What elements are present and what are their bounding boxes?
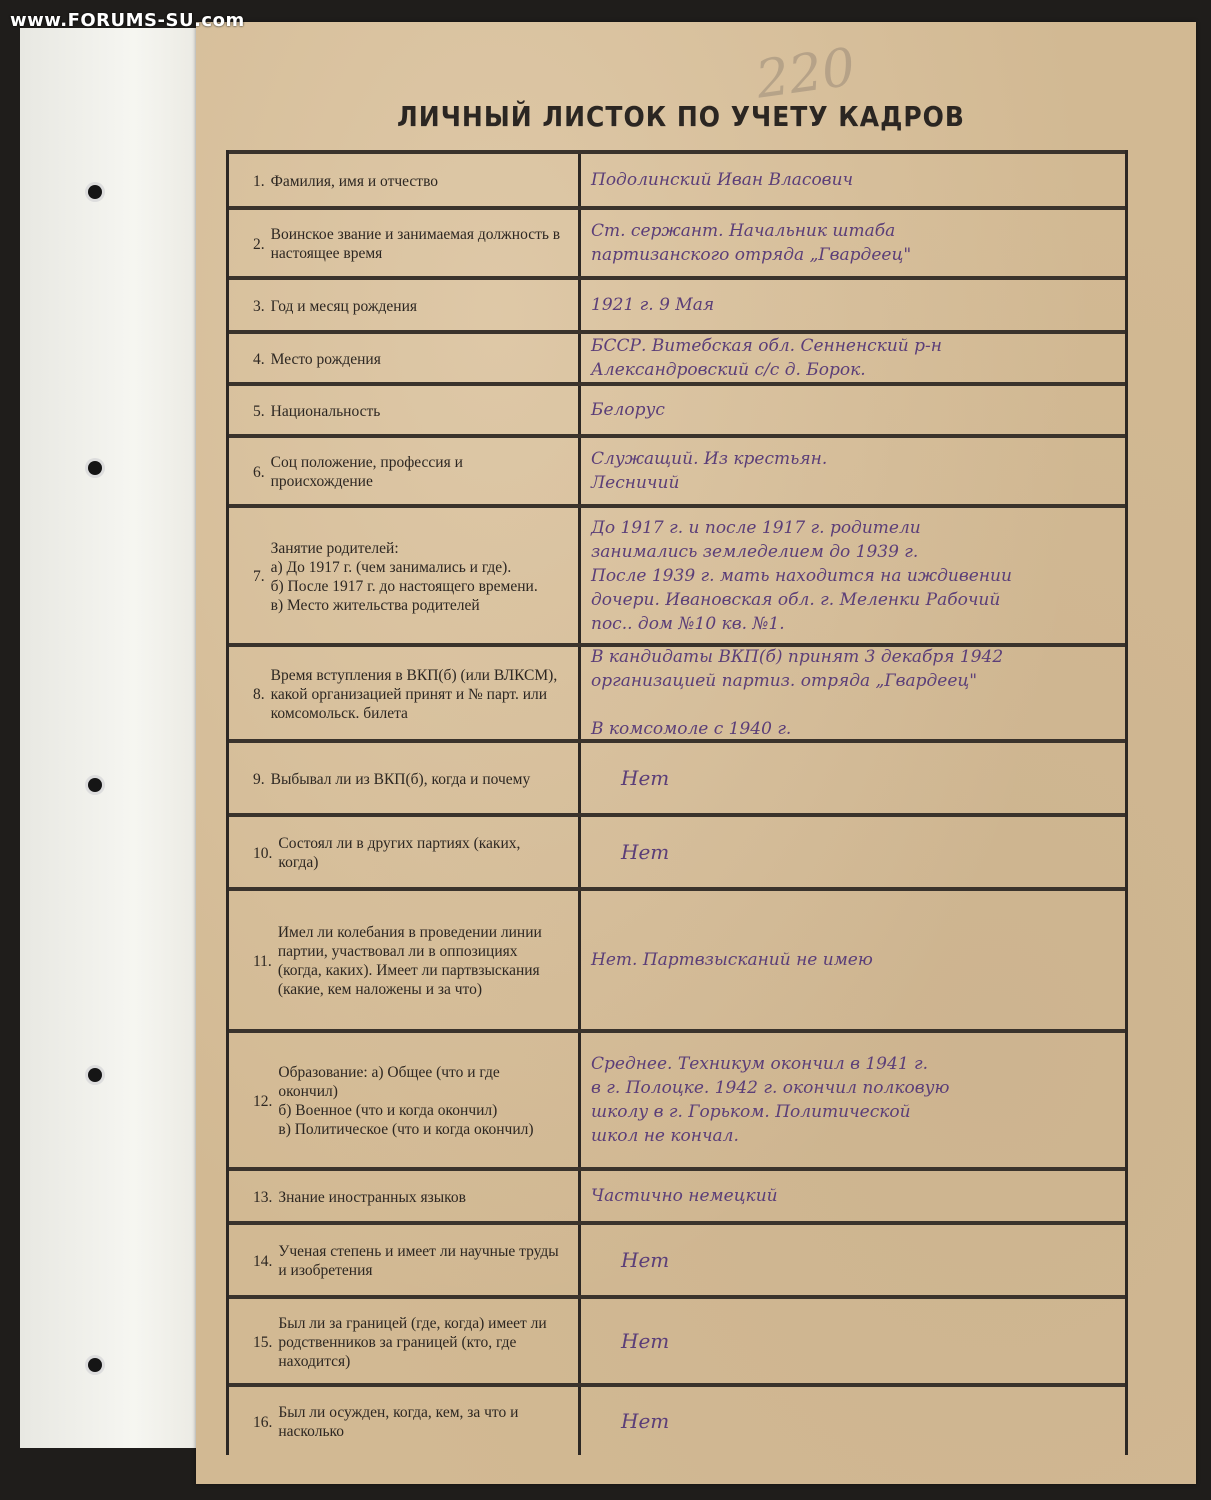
field-value: Белорус (581, 386, 1125, 434)
field-label: Национальность (271, 402, 381, 421)
field-value: Служащий. Из крестьян. Лесничий (581, 438, 1125, 504)
form-row: 12.Образование: а) Общее (что и где окон… (229, 1029, 1125, 1167)
personnel-form-table: 1.Фамилия, имя и отчествоПодолинский Ива… (226, 150, 1128, 1455)
field-label-cell: 3.Год и месяц рождения (229, 280, 581, 330)
field-value: Нет. Партвзысканий не имею (581, 891, 1125, 1029)
watermark: www.FORUMS-SU.com (10, 10, 245, 31)
field-value: До 1917 г. и после 1917 г. родители зани… (581, 508, 1125, 643)
form-row: 3.Год и месяц рождения1921 г. 9 Мая (229, 276, 1125, 330)
form-row: 8.Время вступления в ВКП(б) (или ВЛКСМ),… (229, 643, 1125, 739)
form-row: 11.Имел ли колебания в проведении линии … (229, 887, 1125, 1029)
punch-hole-icon (88, 1358, 102, 1372)
field-value: В кандидаты ВКП(б) принят 3 декабря 1942… (581, 647, 1125, 739)
field-label-cell: 1.Фамилия, имя и отчество (229, 154, 581, 206)
field-label: Был ли осужден, когда, кем, за что и нас… (278, 1403, 562, 1441)
form-row: 15.Был ли за границей (где, когда) имеет… (229, 1295, 1125, 1383)
form-row: 1.Фамилия, имя и отчествоПодолинский Ива… (229, 150, 1125, 206)
field-number: 10. (253, 844, 272, 863)
form-row: 10.Состоял ли в других партиях (каких, к… (229, 813, 1125, 887)
field-number: 3. (253, 297, 265, 316)
field-value: 1921 г. 9 Мая (581, 280, 1125, 330)
field-label: Ученая степень и имеет ли научные труды … (278, 1242, 562, 1280)
punch-hole-icon (88, 778, 102, 792)
field-label-cell: 8.Время вступления в ВКП(б) (или ВЛКСМ),… (229, 647, 581, 739)
form-row: 5.НациональностьБелорус (229, 382, 1125, 434)
form-row: 9.Выбывал ли из ВКП(б), когда и почемуНе… (229, 739, 1125, 813)
form-row: 6.Соц положение, профессия и происхожден… (229, 434, 1125, 504)
form-row: 14.Ученая степень и имеет ли научные тру… (229, 1221, 1125, 1295)
field-label-cell: 10.Состоял ли в других партиях (каких, к… (229, 817, 581, 887)
field-label: Время вступления в ВКП(б) (или ВЛКСМ), к… (271, 666, 562, 723)
field-label-cell: 16.Был ли осужден, когда, кем, за что и … (229, 1387, 581, 1455)
field-label-cell: 5.Национальность (229, 386, 581, 434)
field-value: Нет (581, 1387, 1125, 1455)
field-label: Занятие родителей: а) До 1917 г. (чем за… (271, 539, 538, 615)
field-label: Воинское звание и занимаемая должность в… (271, 225, 562, 263)
field-label: Выбывал ли из ВКП(б), когда и почему (271, 770, 531, 789)
field-value: БССР. Витебская обл. Сенненский р-н Алек… (581, 334, 1125, 382)
field-label-cell: 14.Ученая степень и имеет ли научные тру… (229, 1225, 581, 1295)
punch-hole-icon (88, 1068, 102, 1082)
field-label: Знание иностранных языков (278, 1188, 466, 1207)
form-row: 13.Знание иностранных языковЧастично нем… (229, 1167, 1125, 1221)
field-number: 2. (253, 235, 265, 254)
form-row: 16.Был ли осужден, когда, кем, за что и … (229, 1383, 1125, 1455)
field-label-cell: 7.Занятие родителей: а) До 1917 г. (чем … (229, 508, 581, 643)
field-number: 7. (253, 567, 265, 586)
field-label-cell: 13.Знание иностранных языков (229, 1171, 581, 1221)
field-label-cell: 2.Воинское звание и занимаемая должность… (229, 210, 581, 276)
field-label: Был ли за границей (где, когда) имеет ли… (278, 1314, 562, 1371)
field-value: Подолинский Иван Власович (581, 154, 1125, 206)
field-number: 1. (253, 172, 265, 191)
field-label-cell: 15.Был ли за границей (где, когда) имеет… (229, 1299, 581, 1383)
field-value: Нет (581, 1225, 1125, 1295)
field-label: Фамилия, имя и отчество (271, 172, 438, 191)
binding-strip (20, 28, 210, 1448)
field-label-cell: 6.Соц положение, профессия и происхожден… (229, 438, 581, 504)
field-number: 4. (253, 350, 265, 369)
field-label-cell: 12.Образование: а) Общее (что и где окон… (229, 1033, 581, 1167)
document-sheet: 220 ЛИЧНЫЙ ЛИСТОК ПО УЧЕТУ КАДРОВ 1.Фами… (196, 22, 1196, 1484)
document-title: ЛИЧНЫЙ ЛИСТОК ПО УЧЕТУ КАДРОВ (381, 101, 981, 133)
field-label-cell: 4.Место рождения (229, 334, 581, 382)
field-label: Состоял ли в других партиях (каких, когд… (278, 834, 562, 872)
punch-hole-icon (88, 185, 102, 199)
field-value: Среднее. Техникум окончил в 1941 г. в г.… (581, 1033, 1125, 1167)
field-label: Год и месяц рождения (271, 297, 417, 316)
field-value: Нет (581, 817, 1125, 887)
field-number: 5. (253, 402, 265, 421)
field-number: 15. (253, 1333, 272, 1352)
field-label-cell: 9.Выбывал ли из ВКП(б), когда и почему (229, 743, 581, 813)
field-number: 12. (253, 1092, 272, 1111)
form-row: 2.Воинское звание и занимаемая должность… (229, 206, 1125, 276)
field-label: Имел ли колебания в проведении линии пар… (278, 923, 562, 999)
field-number: 11. (253, 952, 272, 971)
punch-hole-icon (88, 461, 102, 475)
field-value: Частично немецкий (581, 1171, 1125, 1221)
field-number: 8. (253, 685, 265, 704)
field-number: 9. (253, 770, 265, 789)
field-label-cell: 11.Имел ли колебания в проведении линии … (229, 891, 581, 1029)
field-number: 16. (253, 1413, 272, 1432)
field-number: 6. (253, 463, 265, 482)
field-value: Ст. сержант. Начальник штаба партизанско… (581, 210, 1125, 276)
field-value: Нет (581, 743, 1125, 813)
field-number: 14. (253, 1252, 272, 1271)
field-label: Соц положение, профессия и происхождение (271, 453, 562, 491)
field-value: Нет (581, 1299, 1125, 1383)
form-row: 7.Занятие родителей: а) До 1917 г. (чем … (229, 504, 1125, 643)
form-row: 4.Место рожденияБССР. Витебская обл. Сен… (229, 330, 1125, 382)
field-number: 13. (253, 1188, 272, 1207)
field-label: Образование: а) Общее (что и где окончил… (278, 1063, 562, 1139)
field-label: Место рождения (271, 350, 381, 369)
